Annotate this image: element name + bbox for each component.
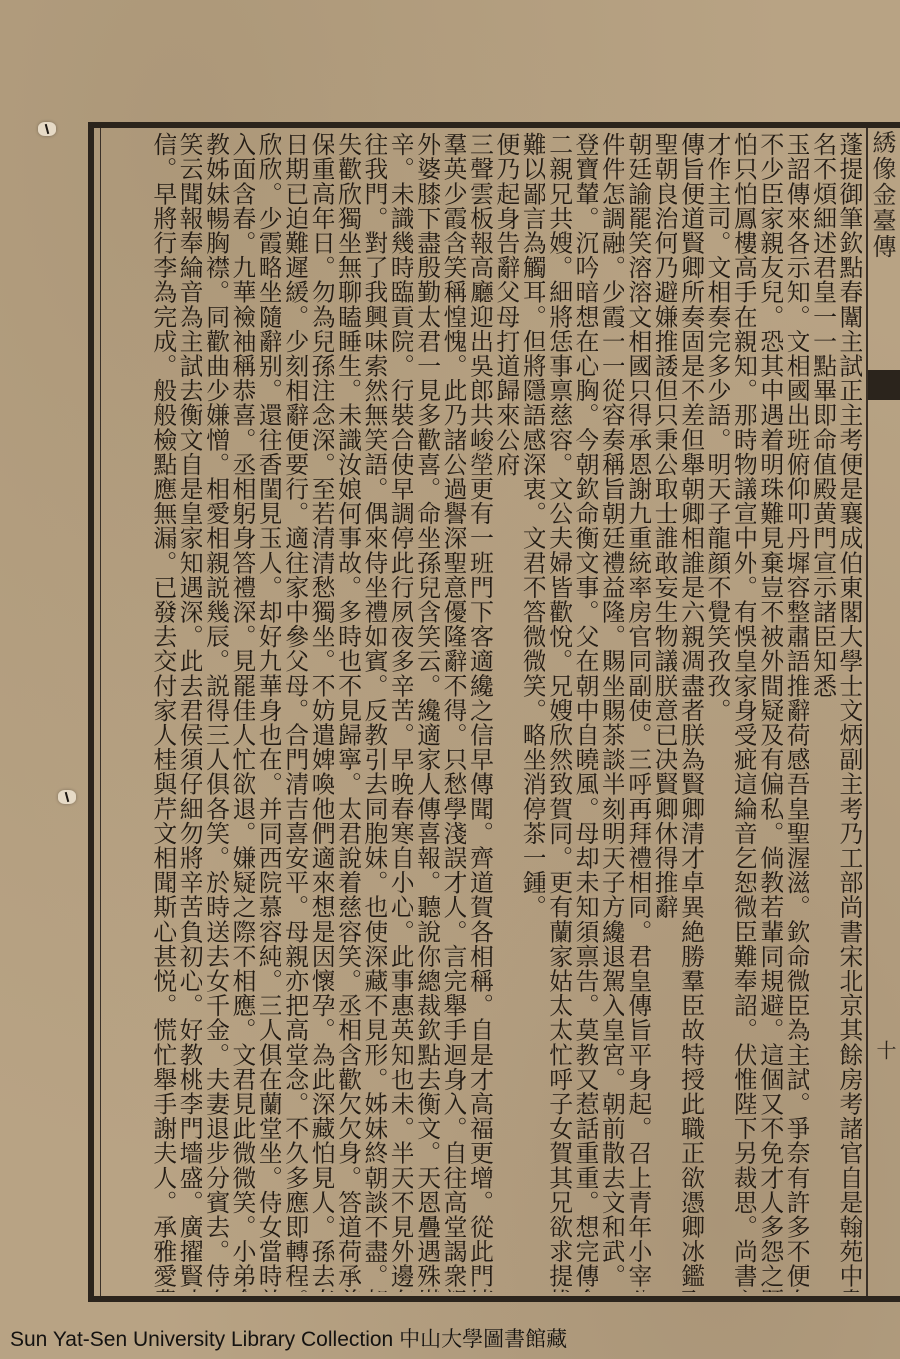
binding-stitch-top [38,122,56,136]
text-column: 不少臣家親友兒。恐其中遇着明珠難見棄豈不被外間疑及有偏私。倘教若輩同規避。這個又… [756,132,782,1292]
center-fold-line [866,128,868,1296]
text-column: 怕只怕鳳樓高手在親知。那時物議宣中外。有悞皇家身受疵這綸音乞恕微臣難奉詔。伏惟陛… [730,132,756,1292]
center-fold-title: 綉像金臺傳 [872,130,900,260]
text-column: 保重高年日。勿為兒孫注念深。至若清清愁獨坐。不妨遣婢喚他們適來想是因懷孕。為此深… [308,132,334,1292]
text-column: 件件怎調融。少霞一一從容奏稱旨朝廷禮益隆。賜坐賜茶談半刻明天子方纔退駕入皇宮。朝… [598,132,624,1292]
text-column: 日期已迫難遲緩。少刻相辭便要行。適往家中參父母。合門清吉喜安平。母親亦把高堂念。… [281,132,307,1292]
library-watermark: Sun Yat-Sen University Library Collectio… [10,1323,567,1353]
text-column: 入面含春。九華襝袖稱恭喜。丞相躬身答禮深。見罷佳人忙欲退。嫌疑之際不相應。文君見… [229,132,255,1292]
text-column: 登寶輦。沉吟暗想在心胸。今朝欽命衡文事。父在朝中自曉風。母却未知須禀告。莫教又惹… [572,132,598,1292]
text-column: 名不煩細述君皇一一點畢即命值殿黄門宣示諸臣知悉 [809,132,835,1292]
text-column: 信。早將行李為完成。般般檢點應無漏。已發去交付家人桂與芹文相聞斯心甚悦。慌忙舉手… [149,132,175,1292]
text-column: 蓬提御筆欽點春闈主試正主考便是襄成伯東閣大學士文炳副主考乃工部尚書宋北京其餘房考… [836,132,862,1292]
text-column: 傳旨便道賢卿所奏固是不差但舉朝卿相誰是六親凋盡者朕為賢卿清才卓異絶勝羣臣故特授此… [677,132,703,1292]
text-column: 欣欣。少霞略坐隨辭别。還往香閨見玉人。却好九華身也在。并同西院慕容純。三人俱在蘭… [255,132,281,1292]
text-column: 二親兄共嫂。細將恁事禀慈容。文公夫婦皆歡悅。兄嫂欣然致賀同。更有蘭家姑太太忙呼子… [545,132,571,1292]
fishtail-marker [868,370,900,400]
binding-stitch-middle [58,790,76,804]
text-column: 三聲雲板報高廳迎出吳郎共峻塋更有一班門下客適纔之信早傳聞。齊道賀各相稱。自是才高… [466,132,492,1292]
text-column: 聖朝良治何乃避嫌推諉但只秉公取士誰敢妄生物議朕意已决賢卿休得推辭 [651,132,677,1292]
main-text-columns: 蓬提御筆欽點春闈主試正主考便是襄成伯東閣大學士文炳副主考乃工部尚書宋北京其餘房考… [108,132,862,1292]
inner-border-line [100,128,101,1296]
text-column: 便乃起身告辭父母打道歸來公府 [493,132,519,1292]
text-column: 教姊妹暢胸襟。同歡曲少嫌憎。相愛相親説幾辰。説得三人俱各笑。於時送去女千金。夫妻… [202,132,228,1292]
text-column: 朝廷諭罷笑溶溶文相國只得承恩謝九重統率房官同副使。三呼再拜禮相同。君皇傳旨平身起… [624,132,650,1292]
text-column: 辛。未識幾時臨貢院。行裝合使早調停此行夙夜多辛苦。早晚春寒自小心。此事惠英知也未… [387,132,413,1292]
text-column: 羣英少霞含笑稱惶愧。此乃諸公過譽深聖意優隆辭不得。只愁學淺誤才人。言完舉手迴身入… [440,132,466,1292]
text-column: 往我門。對了我興味索然無笑語。偶來侍坐禮如賓。反教引去同胞妹。也使深藏不見形。姊… [361,132,387,1292]
center-fold-page-number: 十 [876,1040,900,1060]
text-column: 玉詔傳來各示知。文相國出班俯仰叩丹墀容整肅語推辭荷感吾皇聖渥滋。欽命微臣為主試。… [783,132,809,1292]
text-column: 笑云聞報奉綸音為主試去衡文自是皇家知遇深。此去君侯須仔細勿將辛苦負初心。好教桃李… [176,132,202,1292]
text-column: 失歡欣獨坐無聊瞌睡生。未識汝娘何事故。多時也不見歸寧。太君說着慈容笑。丞相含歡欠… [334,132,360,1292]
text-column: 外婆膝下盡殷勤太君一見多歡喜。命坐孫兒含笑云。纔適家人傳喜報。聽說你總裁欽點去衡… [413,132,439,1292]
text-column: 難以鄙言為觸耳。但將隱語感深衷。文君不答微微笑。略坐消停茶一鍾。 [519,132,545,1292]
text-column: 才作主司。文相奏完多少語。明天子龍顔不覺笑孜孜。 [704,132,730,1292]
